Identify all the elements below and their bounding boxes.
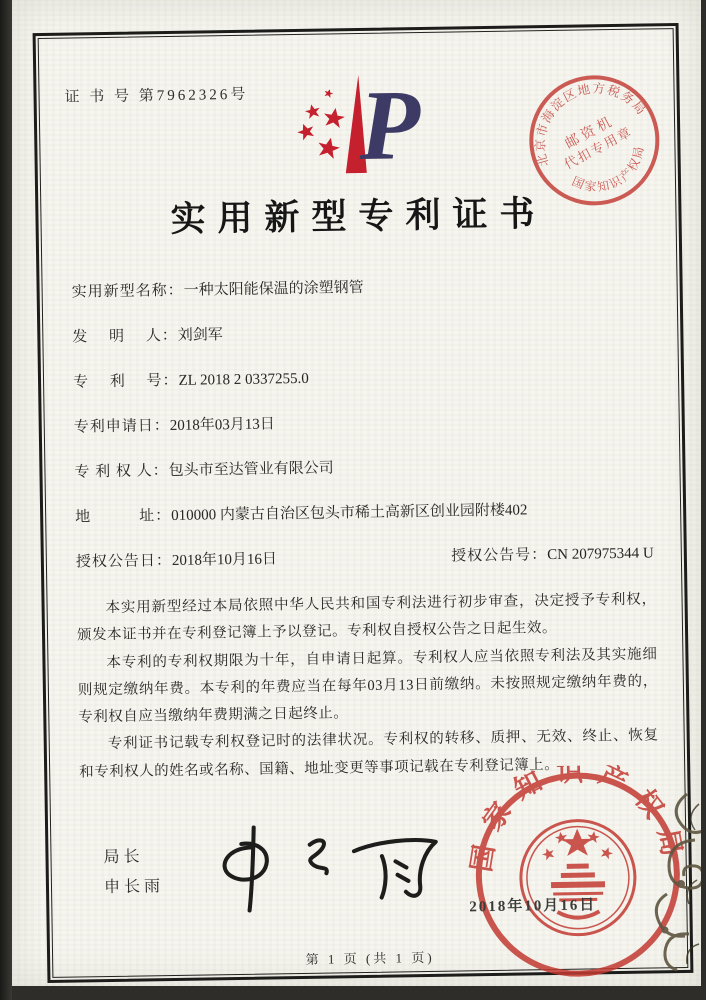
field-row-address: 地 址：010000 内蒙古自治区包头市稀土高新区创业园附楼402: [75, 497, 653, 528]
field-row-patentee: 专 利 权 人：包头市至达管业有限公司: [74, 452, 652, 483]
field-label: 发 明 人：: [72, 328, 178, 346]
certificate-page: 证 书 号 第7962326号 P 北京市海淀区地方税务局: [10, 0, 701, 986]
field-row-grant: 授权公告日：2018年10月16日 授权公告号：CN 207975344 U: [76, 542, 654, 573]
body-paragraph-2: 本专利的专利权期限为十年，自申请日起算。专利权人应当依照专利法及其实施细则规定缴…: [77, 641, 658, 732]
field-label: 地 址：: [75, 508, 171, 526]
field-label: 专 利 权 人：: [74, 463, 169, 480]
field-row-inventor: 发 明 人：刘剑军: [72, 317, 650, 348]
field-value: 刘剑军: [178, 327, 223, 344]
field-row-filing-date: 专利申请日：2018年03月13日: [74, 407, 652, 438]
certificate-title: 实用新型专利证书: [38, 184, 679, 244]
field-label: 授权公告日：: [76, 553, 172, 571]
field-label: 实用新型名称：: [72, 283, 184, 301]
grant-number-field: 授权公告号：CN 207975344 U: [451, 542, 654, 567]
field-list: 实用新型名称：一种太阳能保温的涂塑钢管 发 明 人：刘剑军 专 利 号：ZL 2…: [71, 272, 654, 596]
field-row-patent-number: 专 利 号：ZL 2018 2 0337255.0: [73, 362, 651, 393]
field-value: 一种太阳能保温的涂塑钢管: [184, 280, 364, 299]
cnipa-logo-icon: P: [266, 70, 448, 185]
field-row-name: 实用新型名称：一种太阳能保温的涂塑钢管: [71, 272, 649, 303]
scanned-certificate: { "certificate": { "number": "证 书 号 第796…: [0, 0, 706, 1000]
field-value: 010000 内蒙古自治区包头市稀土高新区创业园附楼402: [171, 502, 527, 524]
field-value: 2018年10月16日: [172, 551, 277, 569]
field-value: CN 207975344 U: [547, 545, 654, 563]
field-label: 授权公告号：: [451, 547, 547, 565]
field-value: 2018年03月13日: [170, 416, 275, 434]
logo-p-letter: P: [357, 70, 422, 181]
field-label: 专利申请日：: [74, 418, 170, 436]
grant-date-field: 授权公告日：2018年10月16日: [76, 548, 277, 573]
certificate-number: 证 书 号 第7962326号: [64, 83, 248, 107]
handwritten-signature-icon: [196, 807, 468, 931]
seal-date: 2018年10月16日: [469, 893, 596, 916]
officer-name: 申长雨: [104, 872, 164, 903]
legal-text: 本实用新型经过本局依照中华人民共和国专利法进行初步审查，决定授予专利权，颁发本证…: [76, 586, 659, 786]
national-emblem-icon: [520, 820, 636, 936]
body-paragraph-1: 本实用新型经过本局依照中华人民共和国专利法进行初步审查，决定授予专利权，颁发本证…: [76, 586, 657, 650]
field-label: 专 利 号：: [73, 373, 179, 391]
logo-stars-icon: [295, 88, 347, 161]
corner-ornament-icon: [637, 784, 701, 974]
officer-block: 局长 申长雨: [103, 842, 164, 903]
officer-title: 局长: [103, 842, 163, 873]
page-frame: 证 书 号 第7962326号 P 北京市海淀区地方税务局: [33, 23, 694, 983]
scan-edge: [0, 0, 12, 1000]
field-value: ZL 2018 2 0337255.0: [178, 371, 309, 389]
field-value: 包头市至达管业有限公司: [169, 460, 334, 479]
